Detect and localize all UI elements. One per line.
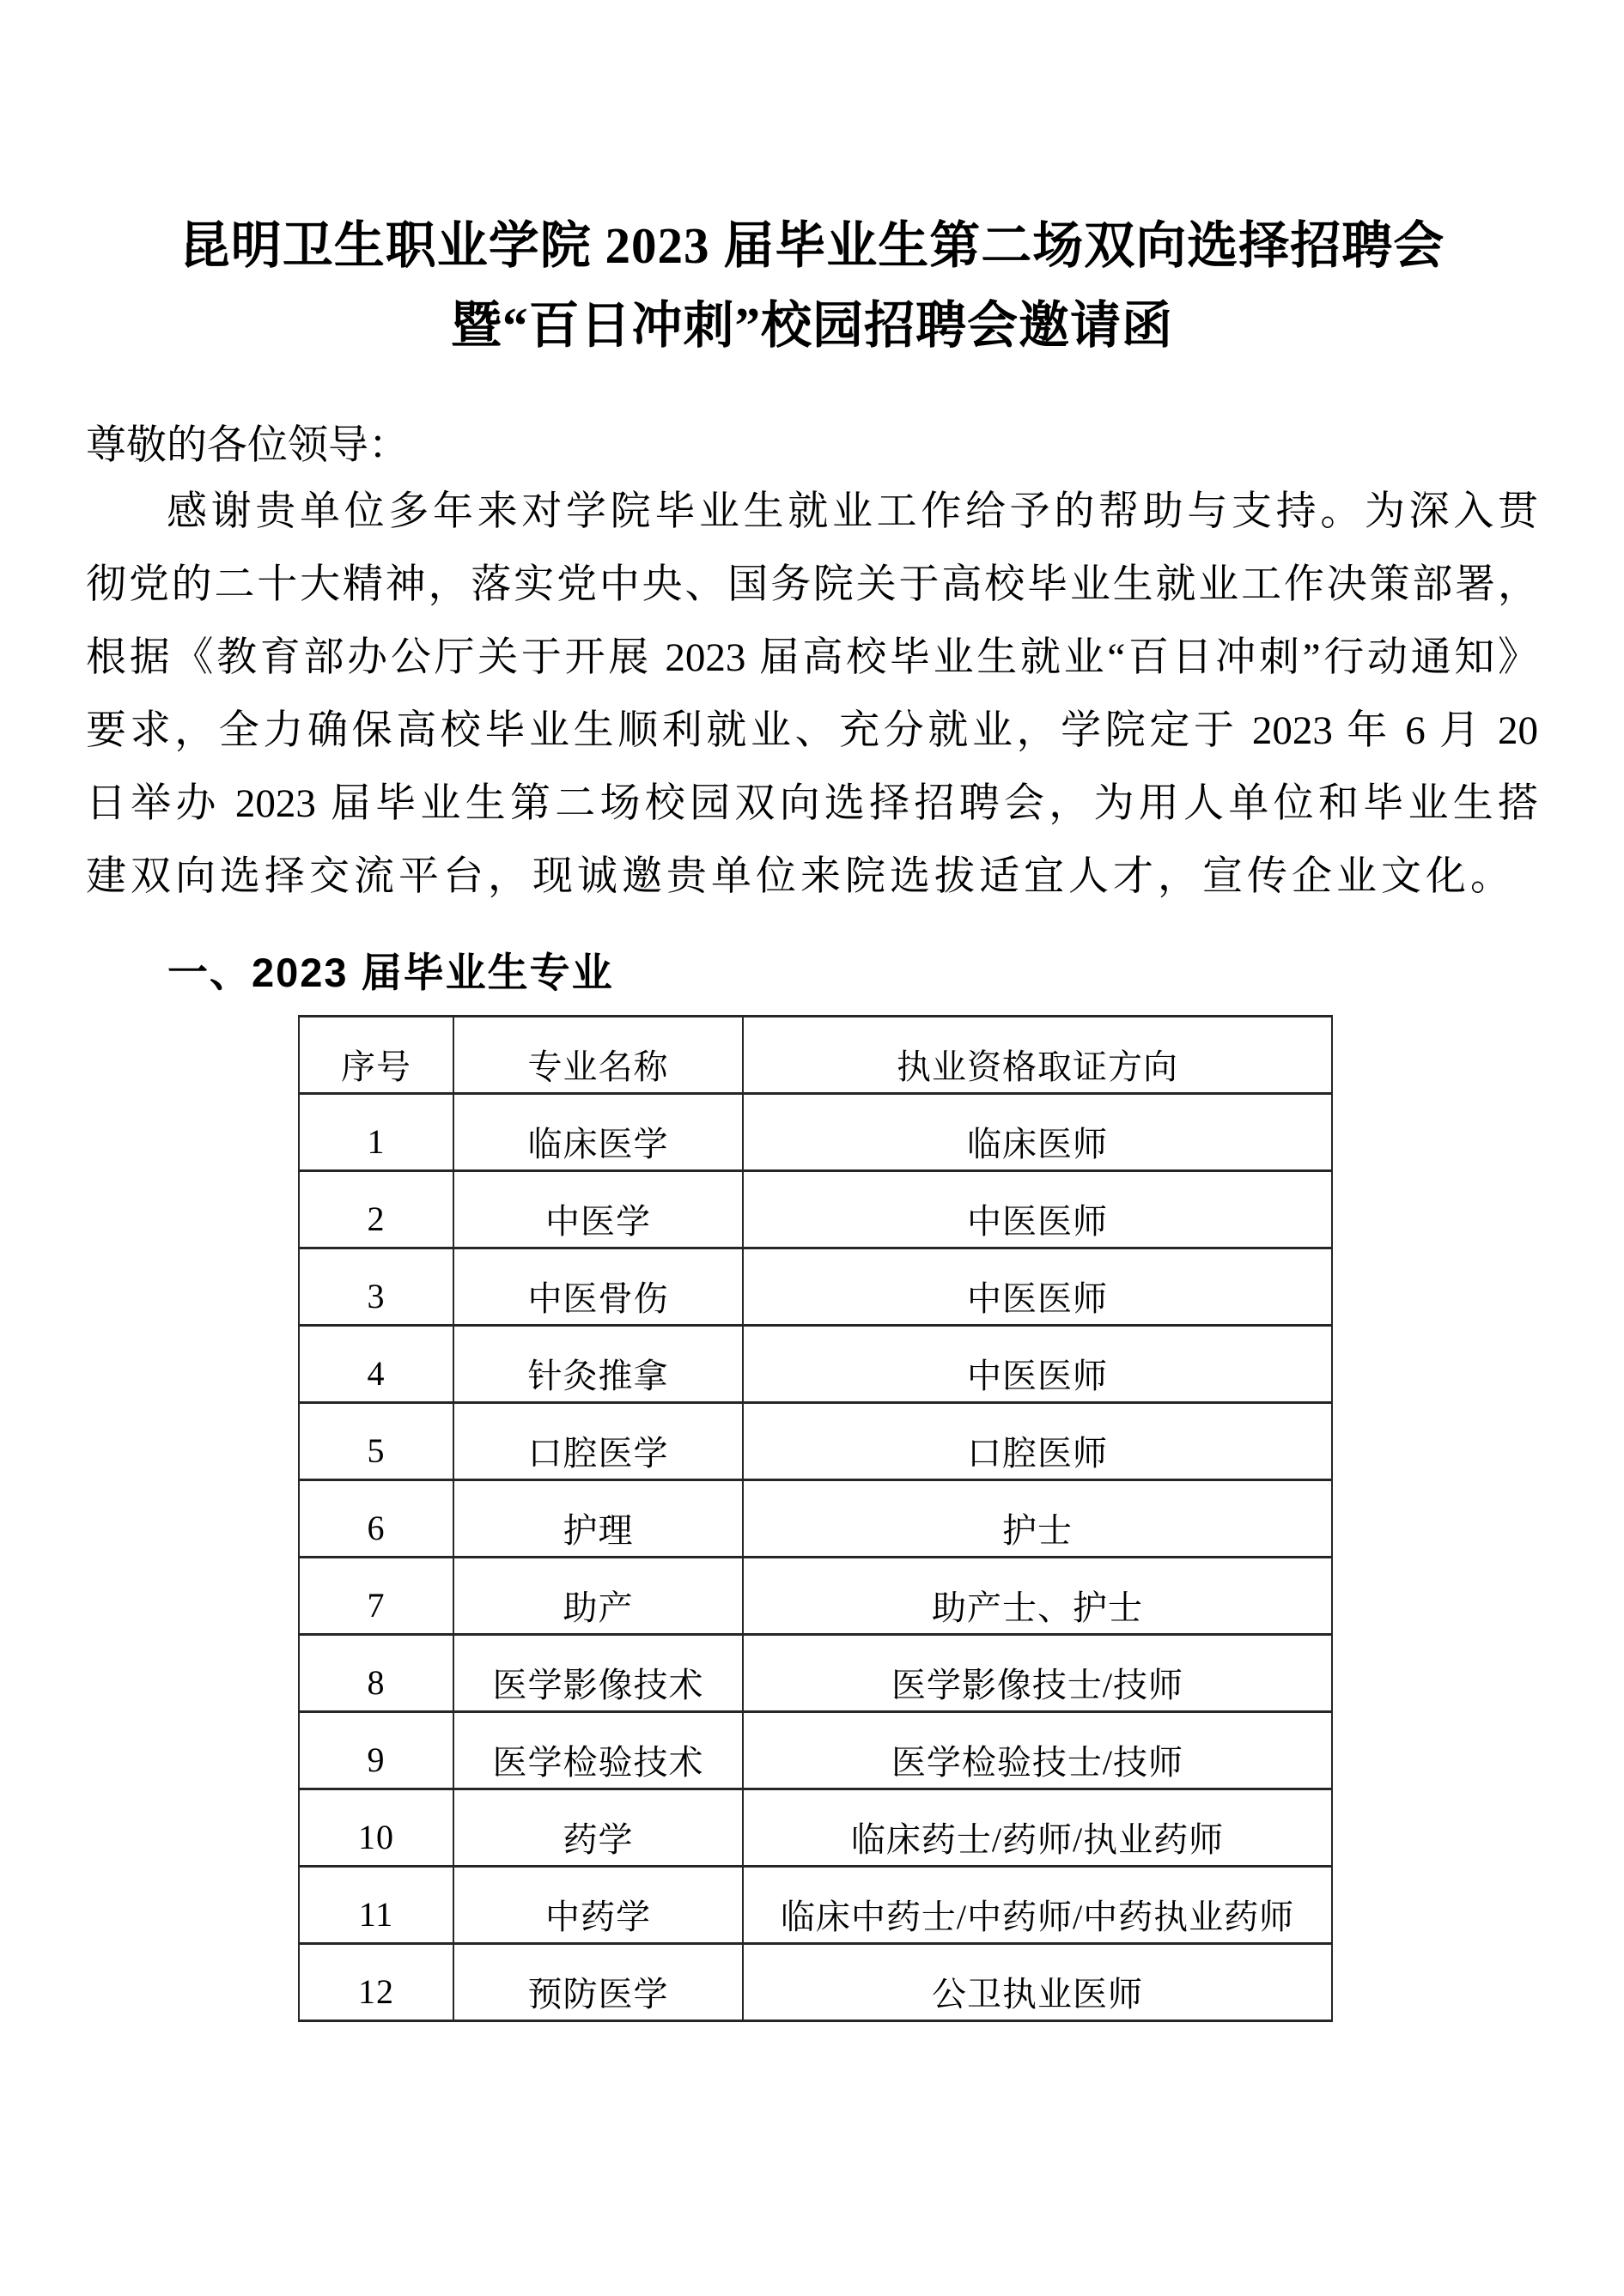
table-row: 6 护理 护士 xyxy=(299,1480,1332,1558)
cell-index: 4 xyxy=(299,1326,453,1403)
table-header-row: 序号 专业名称 执业资格取证方向 xyxy=(299,1017,1332,1094)
table-row: 7 助产 助产士、护士 xyxy=(299,1558,1332,1635)
cell-qualification: 护士 xyxy=(743,1480,1332,1558)
title-line-2: 暨“百日冲刺”校园招聘会邀请函 xyxy=(86,286,1538,366)
paragraph-line: 彻党的二十大精神，落实党中央、国务院关于高校毕业生就业工作决策部署， xyxy=(86,549,1538,622)
cell-qualification: 口腔医师 xyxy=(743,1403,1332,1480)
cell-qualification: 中医医师 xyxy=(743,1326,1332,1403)
cell-index: 9 xyxy=(299,1712,453,1789)
cell-major: 针灸推拿 xyxy=(453,1326,743,1403)
cell-index: 1 xyxy=(299,1094,453,1171)
table-row: 11 中药学 临床中药士/中药师/中药执业药师 xyxy=(299,1867,1332,1944)
body-paragraph: 感谢贵单位多年来对学院毕业生就业工作给予的帮助与支持。为深入贯 彻党的二十大精神… xyxy=(86,476,1538,914)
cell-major: 医学检验技术 xyxy=(453,1712,743,1789)
cell-major: 口腔医学 xyxy=(453,1403,743,1480)
cell-major: 药学 xyxy=(453,1789,743,1867)
table-row: 2 中医学 中医医师 xyxy=(299,1171,1332,1248)
document-page: 昆明卫生职业学院 2023 届毕业生第二场双向选择招聘会 暨“百日冲刺”校园招聘… xyxy=(0,0,1624,2022)
cell-qualification: 临床中药士/中药师/中药执业药师 xyxy=(743,1867,1332,1944)
section-heading-majors: 一、2023 届毕业生专业 xyxy=(167,946,1538,999)
cell-major: 助产 xyxy=(453,1558,743,1635)
table-row: 8 医学影像技术 医学影像技士/技师 xyxy=(299,1635,1332,1712)
table-row: 1 临床医学 临床医师 xyxy=(299,1094,1332,1171)
table-row: 12 预防医学 公卫执业医师 xyxy=(299,1944,1332,2021)
cell-qualification: 助产士、护士 xyxy=(743,1558,1332,1635)
cell-qualification: 医学影像技士/技师 xyxy=(743,1635,1332,1712)
cell-qualification: 临床医师 xyxy=(743,1094,1332,1171)
majors-table: 序号 专业名称 执业资格取证方向 1 临床医学 临床医师 2 中医学 中医医师 … xyxy=(298,1015,1333,2022)
cell-index: 10 xyxy=(299,1789,453,1867)
header-cell-qualification: 执业资格取证方向 xyxy=(743,1017,1332,1094)
cell-major: 预防医学 xyxy=(453,1944,743,2021)
cell-qualification: 临床药士/药师/执业药师 xyxy=(743,1789,1332,1867)
header-cell-index: 序号 xyxy=(299,1017,453,1094)
cell-index: 6 xyxy=(299,1480,453,1558)
salutation: 尊敬的各位领导： xyxy=(86,416,1538,476)
cell-qualification: 中医医师 xyxy=(743,1171,1332,1248)
document-title: 昆明卫生职业学院 2023 届毕业生第二场双向选择招聘会 暨“百日冲刺”校园招聘… xyxy=(86,0,1538,366)
table-row: 10 药学 临床药士/药师/执业药师 xyxy=(299,1789,1332,1867)
paragraph-line: 日举办 2023 届毕业生第二场校园双向选择招聘会，为用人单位和毕业生搭 xyxy=(86,768,1538,841)
table-row: 9 医学检验技术 医学检验技士/技师 xyxy=(299,1712,1332,1789)
cell-major: 中医学 xyxy=(453,1171,743,1248)
paragraph-line: 根据《教育部办公厅关于开展 2023 届高校毕业生就业“百日冲刺”行动通知》 xyxy=(86,622,1538,695)
cell-qualification: 公卫执业医师 xyxy=(743,1944,1332,2021)
title-line-1: 昆明卫生职业学院 2023 届毕业生第二场双向选择招聘会 xyxy=(86,206,1538,286)
cell-major: 中药学 xyxy=(453,1867,743,1944)
cell-index: 3 xyxy=(299,1248,453,1326)
cell-qualification: 医学检验技士/技师 xyxy=(743,1712,1332,1789)
table-row: 4 针灸推拿 中医医师 xyxy=(299,1326,1332,1403)
table-row: 5 口腔医学 口腔医师 xyxy=(299,1403,1332,1480)
paragraph-line: 要求，全力确保高校毕业生顺利就业、充分就业，学院定于 2023 年 6 月 20 xyxy=(86,695,1538,768)
cell-index: 12 xyxy=(299,1944,453,2021)
cell-index: 5 xyxy=(299,1403,453,1480)
table-row: 3 中医骨伤 中医医师 xyxy=(299,1248,1332,1326)
cell-index: 11 xyxy=(299,1867,453,1944)
paragraph-line: 感谢贵单位多年来对学院毕业生就业工作给予的帮助与支持。为深入贯 xyxy=(86,476,1538,549)
cell-major: 中医骨伤 xyxy=(453,1248,743,1326)
cell-major: 护理 xyxy=(453,1480,743,1558)
cell-qualification: 中医医师 xyxy=(743,1248,1332,1326)
cell-index: 8 xyxy=(299,1635,453,1712)
cell-index: 2 xyxy=(299,1171,453,1248)
cell-major: 临床医学 xyxy=(453,1094,743,1171)
cell-index: 7 xyxy=(299,1558,453,1635)
header-cell-major: 专业名称 xyxy=(453,1017,743,1094)
cell-major: 医学影像技术 xyxy=(453,1635,743,1712)
paragraph-line: 建双向选择交流平台，现诚邀贵单位来院选拔适宜人才，宣传企业文化。 xyxy=(86,841,1538,914)
